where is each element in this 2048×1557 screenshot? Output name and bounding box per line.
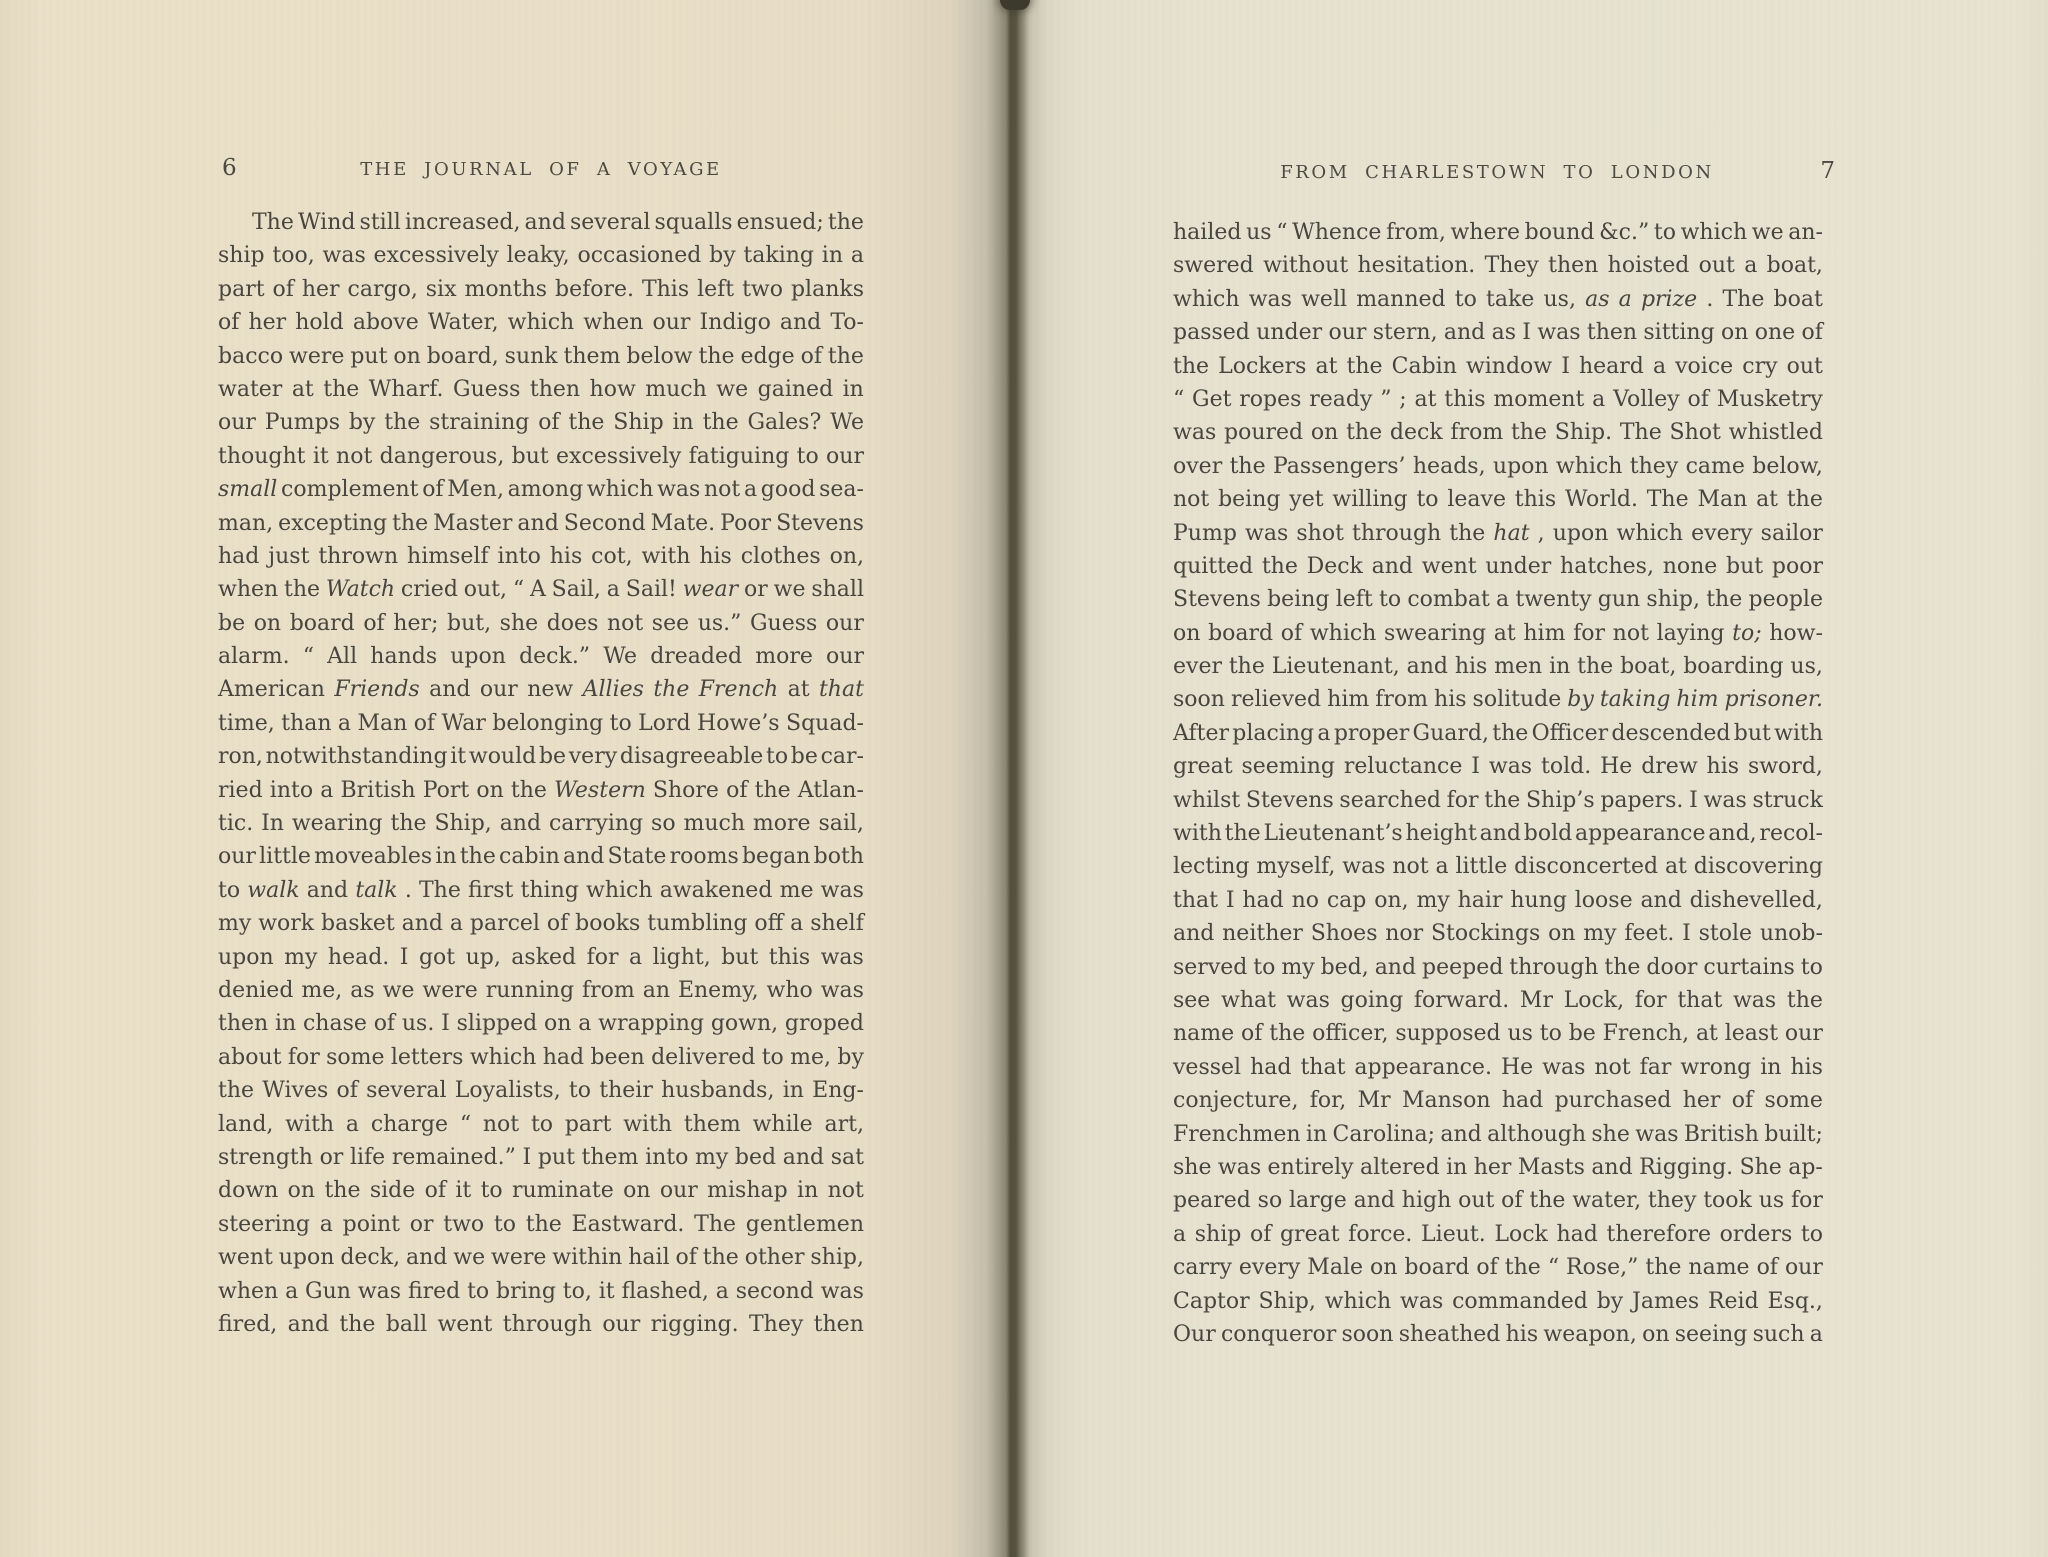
text-line: hadjustthrownhimselfintohiscot,withhiscl…: [218, 544, 864, 577]
text-line: time,thanaManofWarbelongingtoLordHowe’sS…: [218, 711, 864, 744]
text-line: Pumpwasshotthroughthehat,uponwhicheverys…: [1173, 521, 1823, 554]
text-line: AmericanFriendsandournewAlliestheFrencha…: [218, 677, 864, 710]
text-line: ofherholdaboveWater,whichwhenourIndigoan…: [218, 310, 864, 343]
text-line: theninchaseofus.Islippedonawrappinggown,…: [218, 1011, 864, 1044]
text-line: aboutforsomeletterswhichhadbeendelivered…: [218, 1045, 864, 1078]
text-line: deniedme,aswewererunningfromanEnemy,whow…: [218, 978, 864, 1011]
text-line: baccowereputonboard,sunkthembelowtheedge…: [218, 344, 864, 377]
text-line: ourlittlemoveablesinthecabinandStateroom…: [218, 844, 864, 877]
book-spread: 6 THE JOURNAL OF A VOYAGE TheWindstillin…: [0, 0, 2048, 1557]
running-head-right: FROM CHARLESTOWN TO LONDON: [1173, 162, 1821, 183]
text-line: CaptorShip,whichwascommandedbyJamesReidE…: [1173, 1289, 1823, 1322]
text-line: vesselhadthatappearance.Hewasnotfarwrong…: [1173, 1055, 1823, 1088]
text-line: alarm.“Allhandsupondeck.”Wedreadedmoreou…: [218, 644, 864, 677]
text-line: whentheWatchcriedout,“ASail,aSail!wearor…: [218, 577, 864, 610]
text-line: Ourconquerorsoonsheathedhisweapon,onseei…: [1173, 1322, 1823, 1355]
text-line: waterattheWharf.Guessthenhowmuchwegained…: [218, 377, 864, 410]
text-line: quittedtheDeckandwentunderhatches,nonebu…: [1173, 554, 1823, 587]
text-line: greatseemingreluctanceIwastold.Hedrewhis…: [1173, 754, 1823, 787]
text-line: tic.InwearingtheShip,andcarryingsomuchmo…: [218, 811, 864, 844]
page-left: 6 THE JOURNAL OF A VOYAGE TheWindstillin…: [0, 0, 1005, 1557]
text-line: riedintoaBritishPortontheWesternShoreoft…: [218, 778, 864, 811]
text-line: lectingmyself,wasnotalittledisconcerteda…: [1173, 854, 1823, 887]
text-line: ashipofgreatforce.Lieut.Lockhadtherefore…: [1173, 1222, 1823, 1255]
page-number-right: 7: [1820, 158, 1836, 184]
text-line: passedunderourstern,andasIwasthensitting…: [1173, 320, 1823, 353]
text-line: evertheLieutenant,andhismenintheboat,boa…: [1173, 654, 1823, 687]
text-line: overthePassengers’heads,uponwhichtheycam…: [1173, 454, 1823, 487]
text-line: “Getropesready”;atthismomentaVolleyofMus…: [1173, 387, 1823, 420]
text-line: hailedus“Whencefrom,wherebound&c.”towhic…: [1173, 220, 1823, 253]
text-line: fired,andtheballwentthroughourrigging.Th…: [218, 1312, 864, 1345]
text-line: beonboardofher;but,shedoesnotseeus.”Gues…: [218, 611, 864, 644]
text-line: withtheLieutenant’sheightandboldappearan…: [1173, 821, 1823, 854]
text-line: wentupondeck,andwewerewithinhailoftheoth…: [218, 1245, 864, 1278]
text-line: shiptoo,wasexcessivelyleaky,occasionedby…: [218, 243, 864, 276]
text-line: conjecture,for,MrMansonhadpurchasedherof…: [1173, 1088, 1823, 1121]
text-line: smallcomplementofMen,amongwhichwasnotago…: [218, 477, 864, 510]
text-line: partofhercargo,sixmonthsbefore.Thisleftt…: [218, 277, 864, 310]
text-line: soonrelievedhimfromhissolitudebytakinghi…: [1173, 687, 1823, 720]
text-line: FrenchmeninCarolina;andalthoughshewasBri…: [1173, 1122, 1823, 1155]
text-line: steeringapointortwototheEastward.Thegent…: [218, 1212, 864, 1245]
text-line: Stevensbeinglefttocombatatwentygunship,t…: [1173, 587, 1823, 620]
running-head-left: THE JOURNAL OF A VOYAGE: [218, 159, 864, 180]
text-line: TheWindstillincreased,andseveralsquallse…: [218, 210, 864, 243]
text-line: theWivesofseveralLoyalists,totheirhusban…: [218, 1078, 864, 1111]
text-line: carryeveryMaleonboardofthe“Rose,”thename…: [1173, 1255, 1823, 1288]
page-text-right: hailedus“Whencefrom,wherebound&c.”towhic…: [1173, 220, 1823, 1355]
text-line: whichwaswellmannedtotakeus,asaprize.Theb…: [1173, 287, 1823, 320]
text-line: theLockersattheCabinwindowIheardavoicecr…: [1173, 354, 1823, 387]
text-line: onboardofwhichswearingathimfornotlayingt…: [1173, 621, 1823, 654]
text-line: towalkandtalk.Thefirstthingwhichawakened…: [218, 878, 864, 911]
text-line: notbeingyetwillingtoleavethisWorld.TheMa…: [1173, 487, 1823, 520]
text-line: thatIhadnocapon,myhairhunglooseanddishev…: [1173, 888, 1823, 921]
text-line: ron,notwithstandingitwouldbeverydisagree…: [218, 744, 864, 777]
text-line: whenaGunwasfiredtobringto,itflashed,asec…: [218, 1279, 864, 1312]
text-line: thoughtitnotdangerous,butexcessivelyfati…: [218, 444, 864, 477]
text-line: whilstStevenssearchedfortheShip’spapers.…: [1173, 788, 1823, 821]
text-line: strengthorliferemained.”Iputthemintomybe…: [218, 1145, 864, 1178]
text-line: man,exceptingtheMasterandSecondMate.Poor…: [218, 511, 864, 544]
text-line: AfterplacingaproperGuard,theOfficerdesce…: [1173, 721, 1823, 754]
text-line: myworkbasketandaparcelofbookstumblingoff…: [218, 911, 864, 944]
text-line: downonthesideofittoruminateonourmishapin…: [218, 1178, 864, 1211]
text-line: pearedsolargeandhighoutofthewater,theyto…: [1173, 1188, 1823, 1221]
text-line: andneitherShoesnorStockingsonmyfeet.Isto…: [1173, 921, 1823, 954]
text-line: ourPumpsbythestrainingoftheShipintheGale…: [218, 410, 864, 443]
text-line: servedtomybed,andpeepedthroughthedoorcur…: [1173, 955, 1823, 988]
text-line: uponmyhead.Igotup,askedforalight,butthis…: [218, 945, 864, 978]
text-line: waspouredonthedeckfromtheShip.TheShotwhi…: [1173, 420, 1823, 453]
text-line: sweredwithouthesitation.Theythenhoistedo…: [1173, 253, 1823, 286]
text-line: seewhatwasgoingforward.MrLock,forthatwas…: [1173, 988, 1823, 1021]
page-text-left: TheWindstillincreased,andseveralsquallse…: [218, 210, 864, 1345]
page-right: FROM CHARLESTOWN TO LONDON 7 hailedus“Wh…: [1015, 0, 2048, 1557]
text-line: nameoftheofficer,supposedustobeFrench,at…: [1173, 1021, 1823, 1054]
text-line: shewasentirelyalteredinherMastsandRiggin…: [1173, 1155, 1823, 1188]
text-line: land,withacharge“nottopartwiththemwhilea…: [218, 1112, 864, 1145]
